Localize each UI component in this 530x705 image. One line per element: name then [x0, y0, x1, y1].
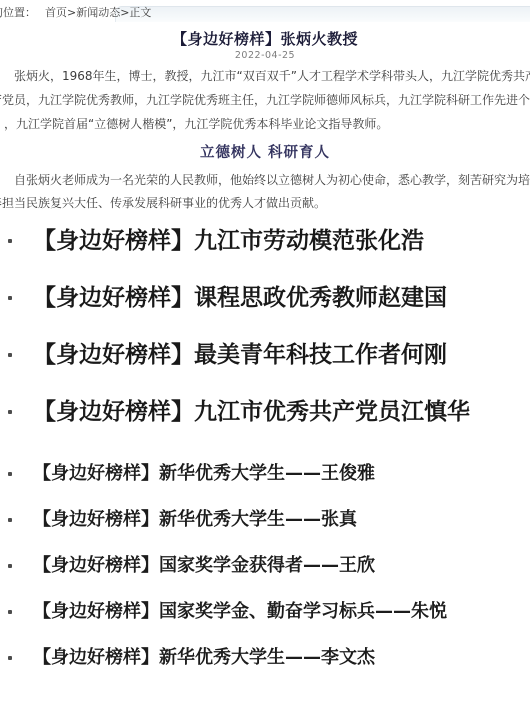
paragraph-line: 自张炳火老师成为一名光荣的人民教师，他始终以立德树人为初心使命，悉心教学，刻苦研… — [0, 169, 530, 192]
related-article-link[interactable]: 【身边好榜样】新华优秀大学生——张真 — [0, 507, 530, 533]
bullet-icon — [8, 656, 12, 660]
breadcrumb: 的位置：首页>新闻动态>正文 — [0, 5, 151, 21]
related-article-title: 【身边好榜样】课程思政优秀教师赵建国 — [33, 281, 447, 315]
bullet-icon — [8, 410, 12, 414]
bullet-icon — [8, 296, 12, 300]
breadcrumb-bar — [115, 6, 530, 22]
related-article-title: 【身边好榜样】新华优秀大学生——张真 — [33, 507, 357, 533]
breadcrumb-path[interactable]: 首页>新闻动态>正文 — [45, 6, 151, 19]
breadcrumb-label: 的位置： — [0, 6, 36, 19]
related-article-link[interactable]: 【身边好榜样】新华优秀大学生——王俊雅 — [0, 461, 530, 487]
related-article-title: 【身边好榜样】新华优秀大学生——李文杰 — [33, 645, 375, 671]
bullet-icon — [8, 564, 12, 568]
bullet-icon — [8, 472, 12, 476]
bullet-icon — [8, 239, 12, 243]
related-article-link[interactable]: 【身边好榜样】课程思政优秀教师赵建国 — [0, 281, 530, 315]
related-article-title: 【身边好榜样】国家奖学金、勤奋学习标兵——朱悦 — [33, 599, 447, 625]
related-article-title: 【身边好榜样】国家奖学金获得者——王欣 — [33, 553, 375, 579]
bullet-icon — [8, 353, 12, 357]
page-title: 【身边好榜样】张炳火教授 — [0, 28, 530, 49]
article-date: 2022-04-25 — [0, 50, 530, 61]
paragraph-line: ，九江学院首届“立德树人楷模”，九江学院优秀本科毕业论文指导教师。 — [0, 112, 530, 136]
page-content: 的位置：首页>新闻动态>正文 【身边好榜样】张炳火教授 2022-04-25 张… — [0, 0, 530, 705]
bullet-icon — [8, 610, 12, 614]
article-paragraph-1: 张炳火，1968年生，博士，教授，九江市“双百双千”人才工程学术学科带头人，九江… — [0, 64, 530, 136]
paragraph-line: 产党员，九江学院优秀教师，九江学院优秀班主任，九江学院师德师风标兵，九江学院科研… — [0, 88, 530, 112]
paragraph-line: 张炳火，1968年生，博士，教授，九江市“双百双千”人才工程学术学科带头人，九江… — [0, 64, 530, 88]
related-article-link[interactable]: 【身边好榜样】九江市劳动模范张化浩 — [0, 224, 530, 258]
related-article-link[interactable]: 【身边好榜样】国家奖学金、勤奋学习标兵——朱悦 — [0, 599, 530, 625]
paragraph-line: 养担当民族复兴大任、传承发展科研事业的优秀人才做出贡献。 — [0, 192, 530, 215]
related-article-link[interactable]: 【身边好榜样】新华优秀大学生——李文杰 — [0, 645, 530, 671]
related-article-title: 【身边好榜样】九江市劳动模范张化浩 — [33, 224, 424, 258]
section-heading: 立德树人 科研育人 — [0, 141, 530, 162]
related-article-title: 【身边好榜样】九江市优秀共产党员江慎华 — [33, 395, 470, 429]
related-article-title: 【身边好榜样】最美青年科技工作者何刚 — [33, 338, 447, 372]
bullet-icon — [8, 518, 12, 522]
related-article-title: 【身边好榜样】新华优秀大学生——王俊雅 — [33, 461, 375, 487]
related-article-link[interactable]: 【身边好榜样】最美青年科技工作者何刚 — [0, 338, 530, 372]
related-article-link[interactable]: 【身边好榜样】国家奖学金获得者——王欣 — [0, 553, 530, 579]
article-paragraph-2: 自张炳火老师成为一名光荣的人民教师，他始终以立德树人为初心使命，悉心教学，刻苦研… — [0, 169, 530, 215]
related-article-link[interactable]: 【身边好榜样】九江市优秀共产党员江慎华 — [0, 395, 530, 429]
